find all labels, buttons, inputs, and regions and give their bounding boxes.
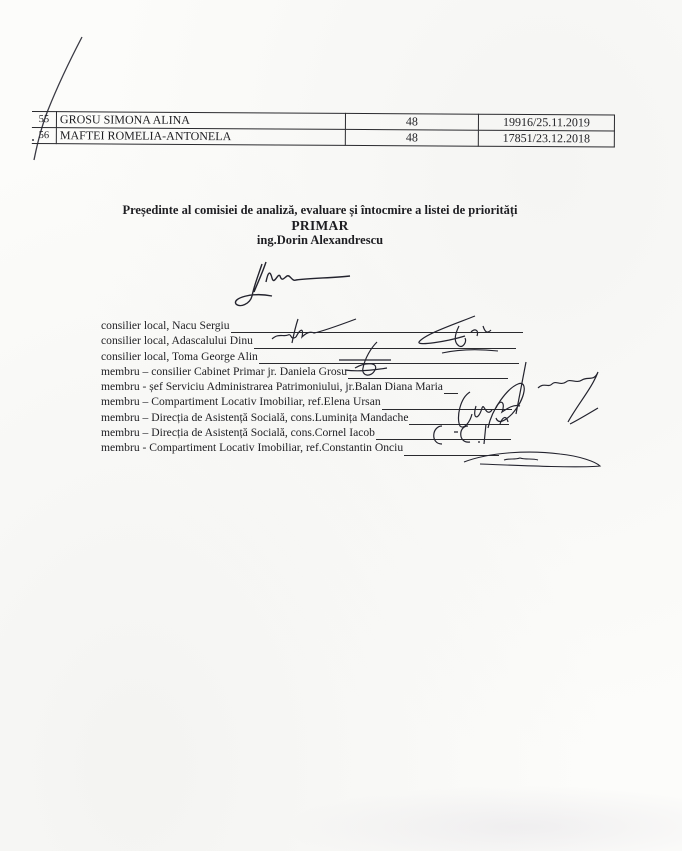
member-label: membru - Compartiment Locativ Imobiliar,… bbox=[101, 440, 403, 455]
committee-members-list: consilier local, Nacu Sergiu consilier l… bbox=[101, 318, 523, 456]
signature-line bbox=[231, 321, 523, 333]
member-label: consilier local, Adascalului Dinu bbox=[101, 333, 253, 348]
signature-line bbox=[348, 367, 508, 379]
signature-heading: Președinte al comisiei de analiză, evalu… bbox=[100, 203, 540, 248]
registration-number-date: 19916/25.11.2019 bbox=[478, 114, 614, 131]
member-row: membru – consilier Cabinet Primar jr. Da… bbox=[101, 364, 523, 379]
priority-list-table: 55 GROSU SIMONA ALINA 48 19916/25.11.201… bbox=[32, 111, 615, 148]
margin-pen-stroke bbox=[0, 0, 120, 180]
member-label: consilier local, Nacu Sergiu bbox=[101, 318, 230, 333]
member-label: consilier local, Toma George Alin bbox=[101, 349, 258, 364]
row-number: 55 bbox=[32, 111, 57, 127]
member-row: consilier local, Adascalului Dinu bbox=[101, 333, 523, 348]
scan-shadow bbox=[280, 785, 682, 851]
member-label: membru – Compartiment Locativ Imobiliar,… bbox=[101, 394, 381, 409]
row-number: 56 bbox=[32, 127, 57, 143]
mayor-name: ing.Dorin Alexandrescu bbox=[100, 233, 540, 248]
mayor-signature bbox=[232, 252, 352, 312]
signature-line bbox=[382, 398, 512, 410]
signature-line bbox=[404, 444, 499, 456]
committee-title: Președinte al comisiei de analiză, evalu… bbox=[100, 203, 540, 218]
signature-line bbox=[259, 352, 519, 364]
member-label: membru – Direcția de Asistență Socială, … bbox=[101, 410, 408, 425]
member-row: consilier local, Nacu Sergiu bbox=[101, 318, 523, 333]
signature-line bbox=[254, 337, 516, 349]
member-label: membru – consilier Cabinet Primar jr. Da… bbox=[101, 364, 347, 379]
signature-line bbox=[444, 382, 458, 394]
member-row: membru - Compartiment Locativ Imobiliar,… bbox=[101, 440, 523, 455]
member-label: membru - șef Serviciu Administrarea Patr… bbox=[101, 379, 443, 394]
member-row: consilier local, Toma George Alin bbox=[101, 349, 523, 364]
signature-line bbox=[409, 413, 509, 425]
scanned-document-page: 55 GROSU SIMONA ALINA 48 19916/25.11.201… bbox=[0, 0, 682, 851]
member-label: membru – Direcția de Asistență Socială, … bbox=[101, 425, 375, 440]
member-row: membru – Direcția de Asistență Socială, … bbox=[101, 410, 523, 425]
applicant-name: GROSU SIMONA ALINA bbox=[56, 112, 345, 130]
table-row: 56 MAFTEI ROMELIA-ANTONELA 48 17851/23.1… bbox=[32, 127, 615, 147]
member-row: membru - șef Serviciu Administrarea Patr… bbox=[101, 379, 523, 394]
points: 48 bbox=[345, 113, 478, 130]
signature-line bbox=[376, 428, 511, 440]
applicant-name: MAFTEI ROMELIA-ANTONELA bbox=[56, 128, 345, 146]
member-row: membru – Compartiment Locativ Imobiliar,… bbox=[101, 394, 523, 409]
registration-number-date: 17851/23.12.2018 bbox=[478, 130, 614, 147]
member-row: membru – Direcția de Asistență Socială, … bbox=[101, 425, 523, 440]
points: 48 bbox=[345, 129, 478, 146]
mayor-role: PRIMAR bbox=[100, 218, 540, 233]
